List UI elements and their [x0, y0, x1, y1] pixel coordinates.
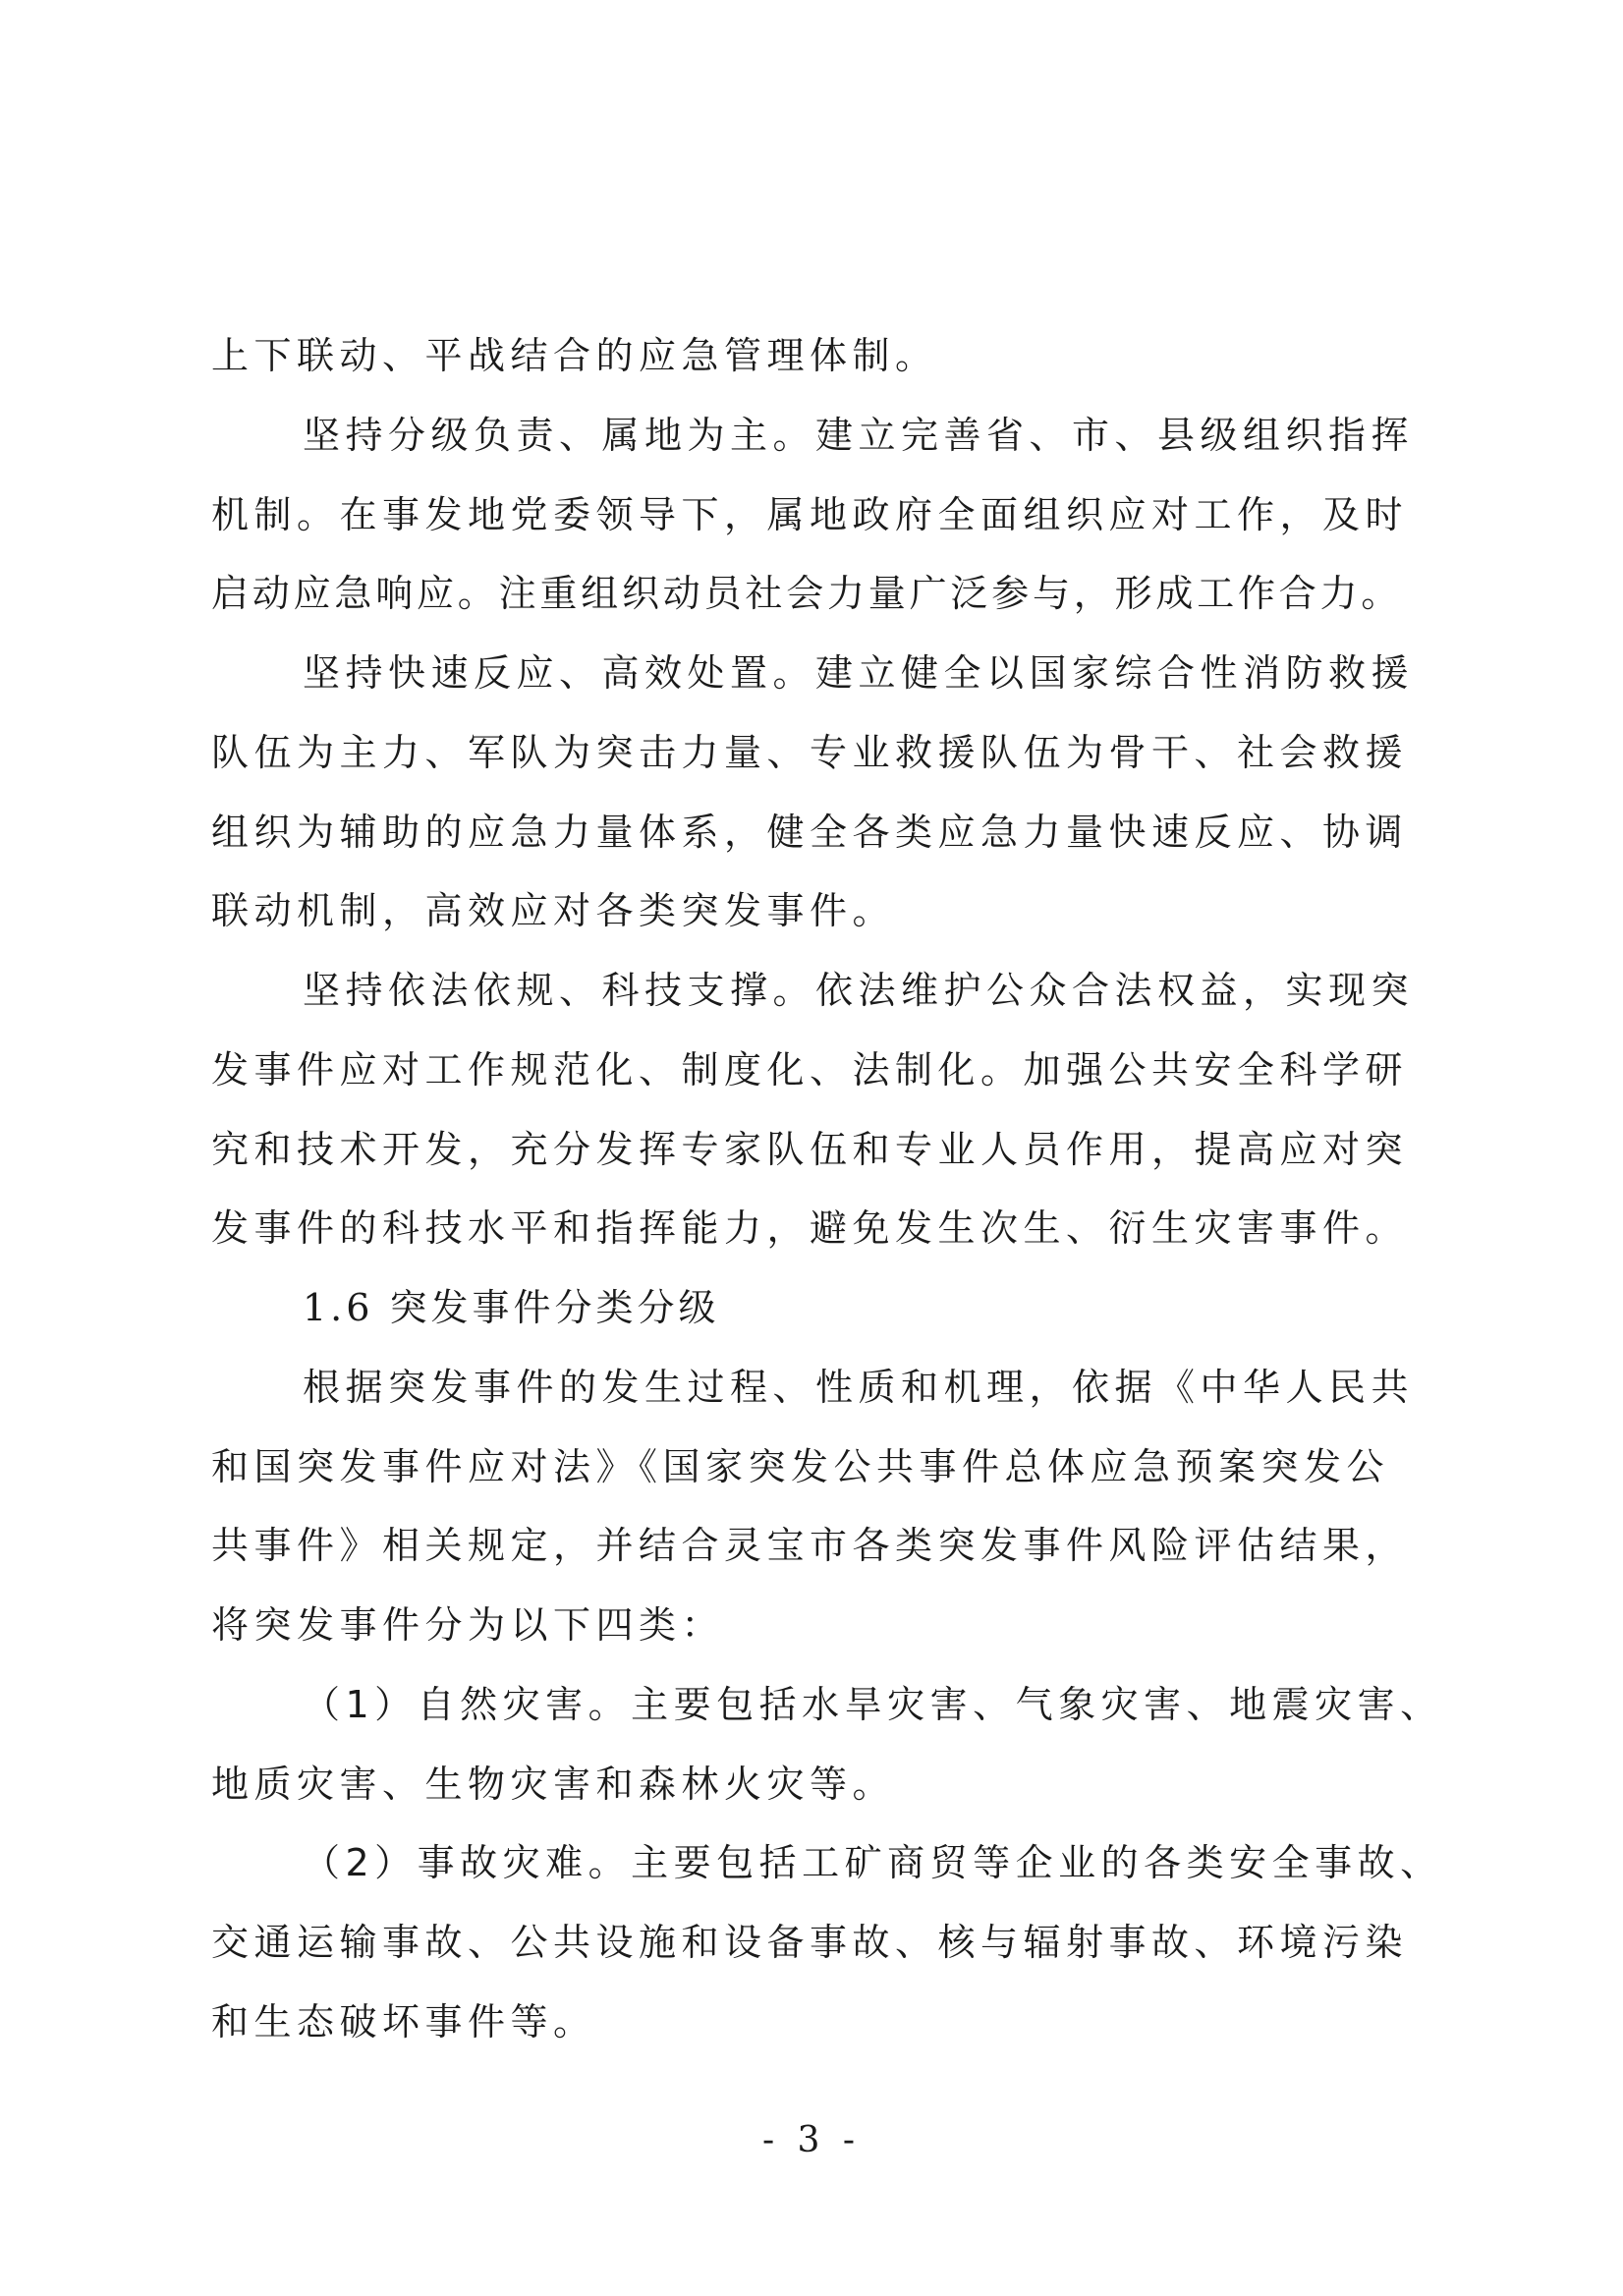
text-line: 启动应急响应。注重组织动员社会力量广泛参与，形成工作合力。	[211, 564, 1402, 623]
paragraph-principle-tiered-responsibility: 坚持分级负责、属地为主。建立完善省、市、县级组织指挥	[303, 406, 1414, 465]
text-line: 队伍为主力、军队为突击力量、专业救援队伍为骨干、社会救援	[211, 723, 1408, 782]
text-line: 共事件》相关规定，并结合灵宝市各类突发事件风险评估结果，	[211, 1516, 1408, 1575]
text-line: 和生态破坏事件等。	[211, 1992, 596, 2051]
list-item-natural-disasters: （1）自然灾害。主要包括水旱灾害、气象灾害、地震灾害、	[303, 1675, 1443, 1734]
text-line: 交通运输事故、公共设施和设备事故、核与辐射事故、环境污染	[211, 1913, 1408, 1972]
section-heading: 1.6 突发事件分类分级	[303, 1278, 720, 1337]
text-line: 发事件应对工作规范化、制度化、法制化。加强公共安全科学研	[211, 1040, 1408, 1099]
text-line: 将突发事件分为以下四类：	[211, 1596, 724, 1654]
paragraph-principle-rule-of-law: 坚持依法依规、科技支撑。依法维护公众合法权益，实现突	[303, 961, 1414, 1020]
paragraph-classification-basis: 根据突发事件的发生过程、性质和机理，依据《中华人民共	[303, 1358, 1414, 1417]
paragraph-principle-rapid-response: 坚持快速反应、高效处置。建立健全以国家综合性消防救援	[303, 644, 1414, 702]
page-number: - 3 -	[0, 2120, 1623, 2160]
text-line-continuation: 上下联动、平战结合的应急管理体制。	[211, 326, 938, 385]
text-line: 组织为辅助的应急力量体系，健全各类应急力量快速反应、协调	[211, 803, 1408, 862]
text-line: 究和技术开发，充分发挥专家队伍和专业人员作用，提高应对突	[211, 1120, 1408, 1179]
text-line: 机制。在事发地党委领导下，属地政府全面组织应对工作，及时	[211, 485, 1408, 544]
text-line: 发事件的科技水平和指挥能力，避免发生次生、衍生灾害事件。	[211, 1199, 1408, 1258]
text-line: 联动机制，高效应对各类突发事件。	[211, 881, 895, 940]
text-line: 地质灾害、生物灾害和森林火灾等。	[211, 1755, 895, 1814]
document-page: 上下联动、平战结合的应急管理体制。 坚持分级负责、属地为主。建立完善省、市、县级…	[0, 0, 1623, 2296]
text-line: 和国突发事件应对法》《国家突发公共事件总体应急预案突发公	[211, 1437, 1389, 1496]
list-item-accidents: （2）事故灾难。主要包括工矿商贸等企业的各类安全事故、	[303, 1833, 1443, 1892]
